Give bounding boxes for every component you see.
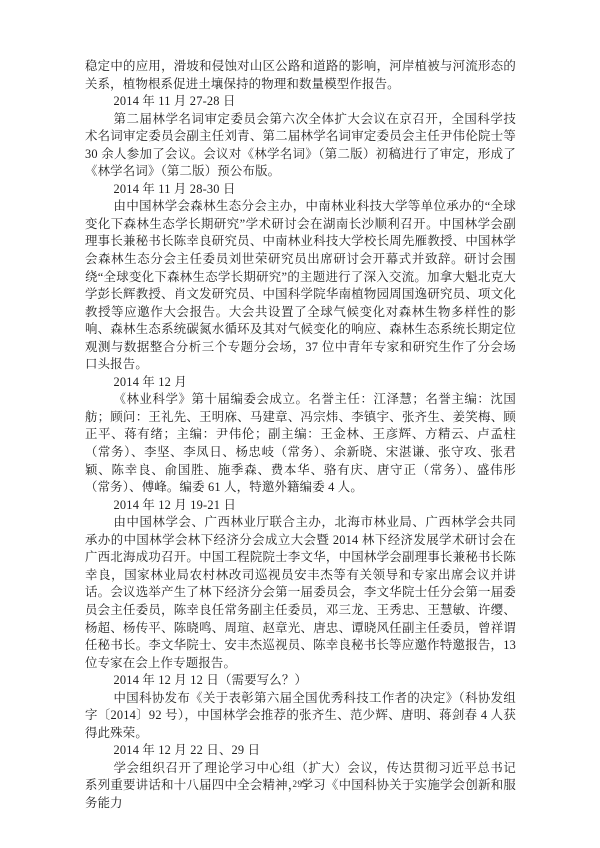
page-body-text: 稳定中的应用，滑坡和侵蚀对山区公路和道路的影响，河岸植被与河流形态的关系，植物根…	[85, 58, 516, 813]
date-line: 2014 年 12 月 12 日（需要写么？）	[85, 672, 516, 690]
paragraph: 第二届林学名词审定委员会第六次全体扩大会议在京召开，全国科学技术名词审定委员会副…	[85, 111, 516, 181]
paragraph: 中国科协发布《关于表彰第六届全国优秀科技工作者的决定》（科协发组字〔2014〕9…	[85, 690, 516, 743]
date-line: 2014 年 11 月 27-28 日	[85, 93, 516, 111]
page-number: 295	[0, 779, 600, 789]
document-page: 稳定中的应用，滑坡和侵蚀对山区公路和道路的影响，河岸植被与河流形态的关系，植物根…	[0, 0, 600, 848]
paragraph: 由中国林学会森林生态分会主办，中南林业科技大学等单位承办的“全球变化下森林生态学…	[85, 198, 516, 373]
date-line: 2014 年 12 月	[85, 374, 516, 392]
date-line: 2014 年 12 月 22 日、29 日	[85, 742, 516, 760]
paragraph: 《林业科学》第十届编委会成立。名誉主任：江泽慧；名誉主编：沈国舫；顾问：王礼先、…	[85, 391, 516, 496]
date-line: 2014 年 11 月 28-30 日	[85, 181, 516, 199]
paragraph: 稳定中的应用，滑坡和侵蚀对山区公路和道路的影响，河岸植被与河流形态的关系，植物根…	[85, 58, 516, 93]
paragraph: 由中国林学会、广西林业厅联合主办，北海市林业局、广西林学会共同承办的中国林学会林…	[85, 514, 516, 672]
date-line: 2014 年 12 月 19-21 日	[85, 497, 516, 515]
